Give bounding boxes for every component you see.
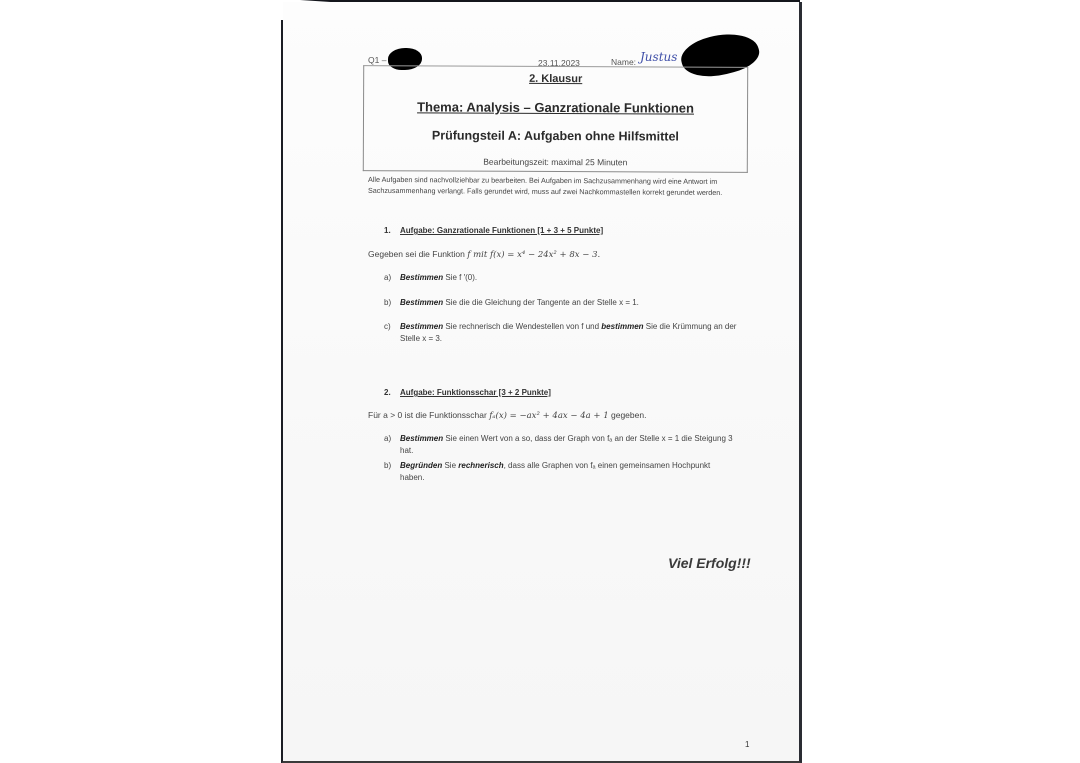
title-box: 2. Klausur Thema: Analysis – Ganzrationa… (363, 65, 748, 173)
subtask-label: a) (384, 272, 391, 284)
task-number: 1. (384, 226, 400, 235)
photo-background: Q1 – 23.11.2023 Name: Justus 2. Klausur … (0, 0, 1080, 763)
task-title: Aufgabe: Funktionsschar [3 + 2 Punkte] (400, 388, 551, 397)
subtask-text: Sie (442, 461, 458, 470)
operator: Begründen (400, 461, 442, 470)
intro-text: gegeben. (609, 410, 647, 420)
function-definition: fₐ(x) = −ax² + 4ax − 4a + 1 (489, 411, 608, 421)
task-2-heading: 2.Aufgabe: Funktionsschar [3 + 2 Punkte] (384, 388, 551, 397)
subtask-text: Sie die die Gleichung der Tangente an de… (443, 298, 639, 307)
operator: Bestimmen (400, 298, 443, 307)
paper-edge (281, 2, 283, 20)
subtask-1b: b) Bestimmen Sie die die Gleichung der T… (384, 297, 744, 309)
task-number: 2. (384, 388, 400, 397)
operator: Bestimmen (400, 273, 443, 282)
page-number: 1 (745, 740, 749, 749)
exam-title: 2. Klausur (364, 72, 747, 86)
closing-message: Viel Erfolg!!! (668, 555, 751, 571)
exam-part: Prüfungsteil A: Aufgaben ohne Hilfsmitte… (364, 128, 747, 144)
operator: Bestimmen (400, 434, 443, 443)
subtask-2b: b) Begründen Sie rechnerisch, dass alle … (384, 460, 724, 484)
task-title: Aufgabe: Ganzrationale Funktionen [1 + 3… (400, 226, 603, 235)
function-definition: f mit f(x) = x⁴ − 24x² + 8x − 3. (467, 250, 600, 260)
student-name: Justus (640, 50, 677, 64)
instructions: Alle Aufgaben sind nachvollziehbar zu be… (368, 174, 753, 198)
intro-text: Gegeben sei die Funktion (368, 249, 465, 259)
operator: rechnerisch (458, 461, 503, 470)
subtask-label: b) (384, 460, 391, 472)
subtask-text: Sie rechnerisch die Wendestellen von f u… (443, 322, 601, 331)
task-2-intro: Für a > 0 ist die Funktionsschar fₐ(x) =… (368, 410, 646, 421)
intro-text: Für a > 0 ist die Funktionsschar (368, 410, 487, 420)
class-label: Q1 – (368, 55, 386, 65)
task-1-heading: 1.Aufgabe: Ganzrationale Funktionen [1 +… (384, 226, 603, 235)
exam-topic: Thema: Analysis – Ganzrationale Funktion… (364, 99, 747, 116)
task-1-intro: Gegeben sei die Funktion f mit f(x) = x⁴… (368, 249, 600, 260)
time-limit: Bearbeitungszeit: maximal 25 Minuten (364, 156, 747, 168)
exam-sheet: Q1 – 23.11.2023 Name: Justus 2. Klausur … (281, 2, 802, 763)
subtask-1c: c) Bestimmen Sie rechnerisch die Wendest… (384, 321, 739, 345)
operator: bestimmen (601, 322, 643, 331)
subtask-label: a) (384, 433, 391, 445)
subtask-2a: a) Bestimmen Sie einen Wert von a so, da… (384, 433, 744, 457)
subtask-label: c) (384, 321, 391, 333)
subtask-text: Sie f ′(0). (443, 273, 477, 282)
subtask-label: b) (384, 297, 391, 309)
operator: Bestimmen (400, 322, 443, 331)
subtask-1a: a) Bestimmen Sie f ′(0). (384, 272, 744, 284)
subtask-text: Sie einen Wert von a so, dass der Graph … (400, 434, 733, 455)
